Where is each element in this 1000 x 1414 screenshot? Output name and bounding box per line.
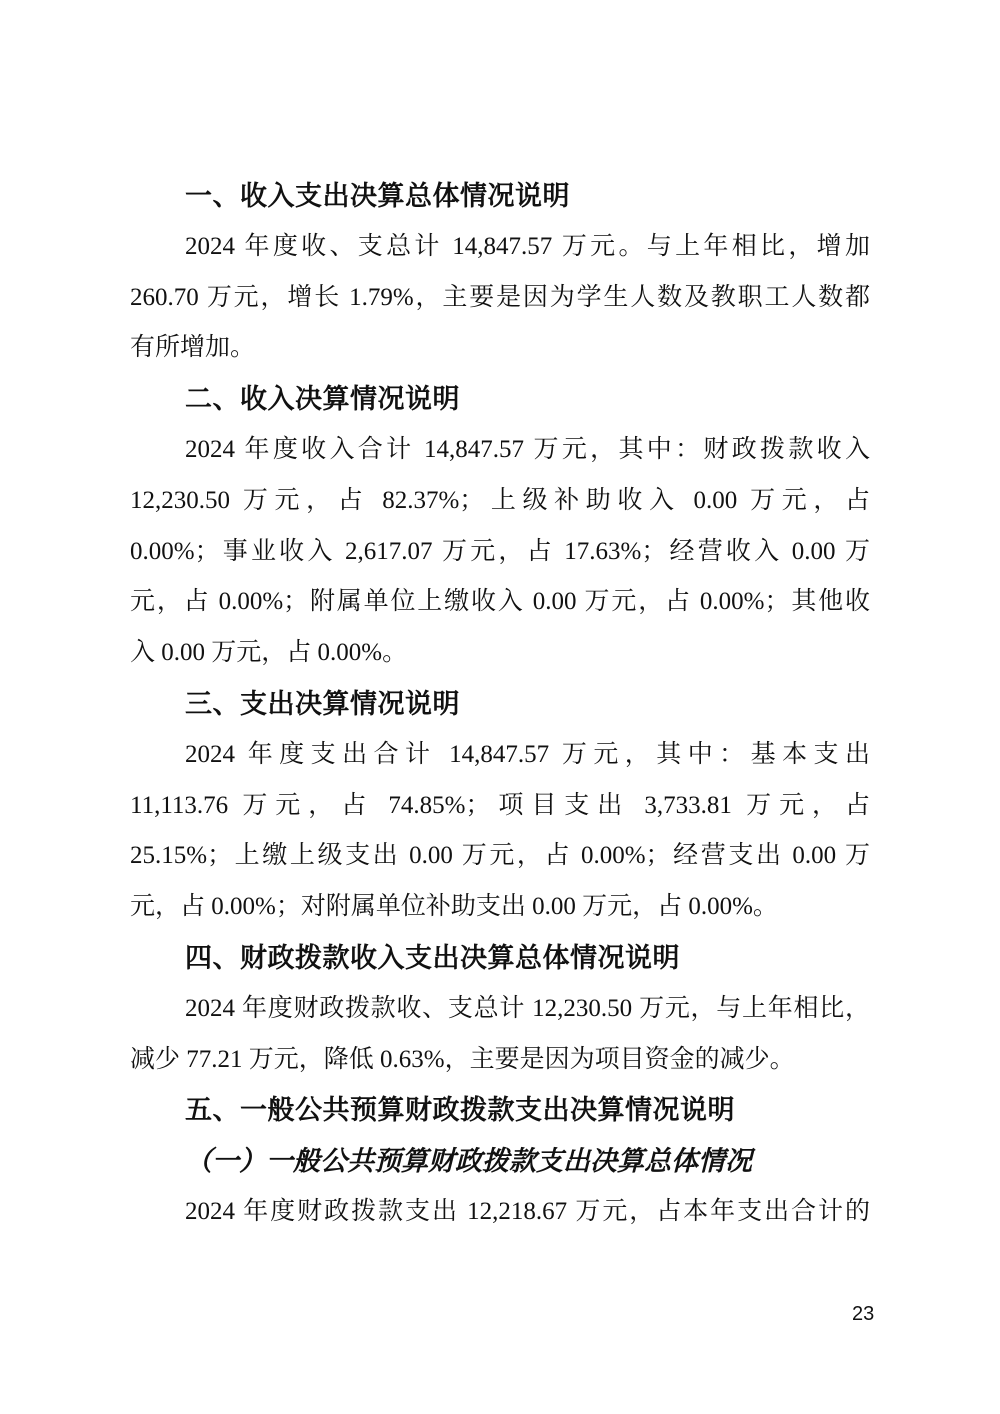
text-line: 2024 年度财政拨款收、支总计 12,230.50 万元，与上年相比，: [130, 984, 870, 1035]
text-line: 2024 年度财政拨款支出 12,218.67 万元，占本年支出合计的: [130, 1187, 870, 1238]
section-subheading-5-1: （一）一般公共预算财政拨款支出决算总体情况: [130, 1136, 870, 1187]
text-line: 2024 年度收、支总计 14,847.57 万元。与上年相比，增加: [130, 222, 870, 273]
text-line: 元，占 0.00%；附属单位上缴收入 0.00 万元，占 0.00%；其他收: [130, 577, 870, 628]
text-line: 2024 年度收入合计 14,847.57 万元，其中：财政拨款收入: [130, 425, 870, 476]
document-page: 一、收入支出决算总体情况说明 2024 年度收、支总计 14,847.57 万元…: [0, 0, 1000, 1414]
text-line: 入 0.00 万元，占 0.00%。: [130, 628, 870, 679]
section-heading-4: 四、财政拨款收入支出决算总体情况说明: [130, 933, 870, 984]
text-line: 2024 年度支出合计 14,847.57 万元，其中：基本支出: [130, 730, 870, 781]
text-line: 元，占 0.00%；对附属单位补助支出 0.00 万元，占 0.00%。: [130, 882, 870, 933]
text-line: 260.70 万元，增长 1.79%，主要是因为学生人数及教职工人数都: [130, 273, 870, 324]
page-number: 23: [852, 1299, 874, 1329]
section-heading-1: 一、收入支出决算总体情况说明: [130, 171, 870, 222]
section-heading-2: 二、收入决算情况说明: [130, 374, 870, 425]
text-line: 有所增加。: [130, 323, 870, 374]
text-line: 11,113.76 万元，占 74.85%；项目支出 3,733.81 万元，占: [130, 781, 870, 832]
text-line: 12,230.50 万元，占 82.37%；上级补助收入 0.00 万元，占: [130, 476, 870, 527]
text-line: 减少 77.21 万元，降低 0.63%，主要是因为项目资金的减少。: [130, 1035, 870, 1086]
page-content: 一、收入支出决算总体情况说明 2024 年度收、支总计 14,847.57 万元…: [130, 171, 870, 1238]
section-heading-5: 五、一般公共预算财政拨款支出决算情况说明: [130, 1085, 870, 1136]
section-heading-3: 三、支出决算情况说明: [130, 679, 870, 730]
text-line: 0.00%；事业收入 2,617.07 万元，占 17.63%；经营收入 0.0…: [130, 527, 870, 578]
text-line: 25.15%；上缴上级支出 0.00 万元，占 0.00%；经营支出 0.00 …: [130, 831, 870, 882]
